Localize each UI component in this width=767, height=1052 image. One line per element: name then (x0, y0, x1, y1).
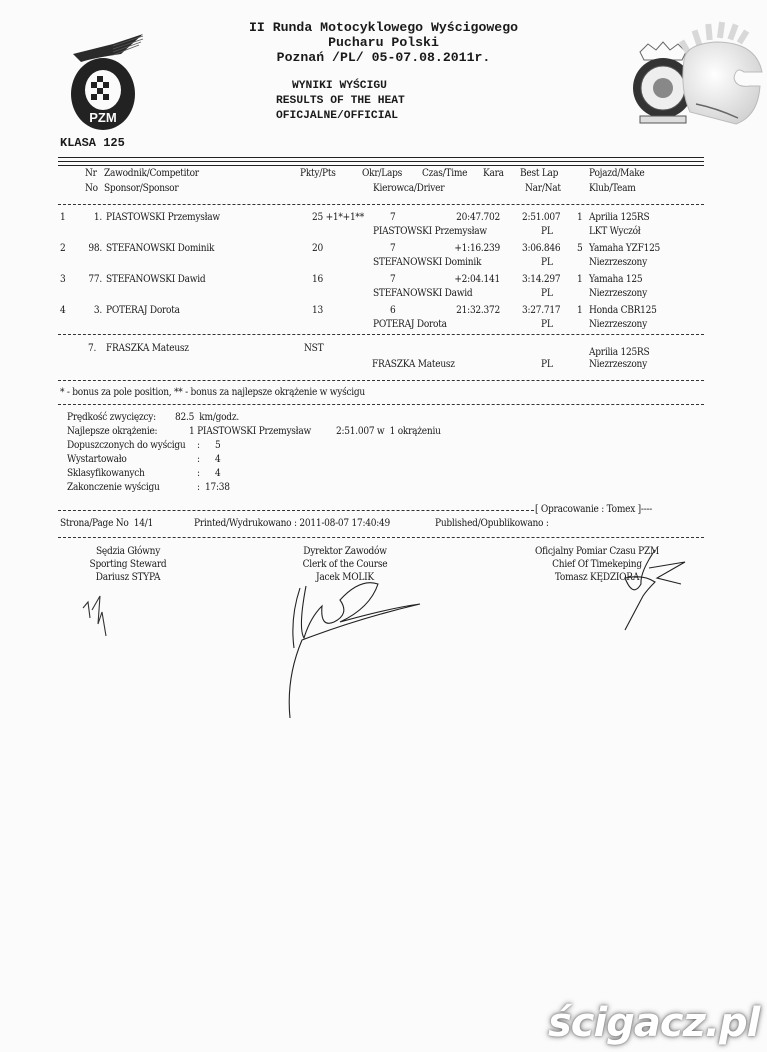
cell-make: Aprilia 125RS (589, 346, 649, 358)
cell-best-lap: 3:14.297 (522, 273, 560, 285)
col-best-lap: Best Lap (520, 167, 558, 179)
cell-pos: 3 (60, 273, 65, 285)
best-lap-rider: 1 PIASTOWSKI Przemysław (189, 425, 311, 437)
colon: : (197, 481, 200, 493)
col-make: Pojazd/Make (589, 167, 645, 179)
cell-best-lap-no: 1 (577, 304, 582, 316)
col-points: Pkty/Pts (300, 167, 336, 179)
watermark-logo: ścigacz.pl (548, 1000, 759, 1046)
cell-time: 20:47.702 (424, 211, 500, 223)
cell-best-lap: 3:06.846 (522, 242, 560, 254)
cell-rider-name: POTERAJ Dorota (106, 304, 180, 316)
dashed-rule (58, 380, 704, 381)
cell-rider-name: STEFANOWSKI Dominik (106, 242, 214, 254)
cell-team: Niezrzeszony (589, 318, 647, 330)
col-nat: Nar/Nat (525, 182, 561, 194)
cell-pos: 1 (60, 211, 65, 223)
printed-timestamp: Printed/Wydrukowano : 2011-08-07 17:40:4… (194, 517, 390, 529)
winner-speed-label: Prędkość zwycięzcy: (67, 411, 156, 423)
class-label: KLASA 125 (60, 136, 125, 150)
cell-no: 7. (88, 342, 96, 354)
cell-make: Yamaha YZF125 (589, 242, 660, 254)
signature-line: Sporting Steward (38, 558, 219, 570)
footnote: * - bonus za pole position, ** - bonus z… (60, 386, 365, 398)
cell-best-lap-no: 1 (577, 211, 582, 223)
cell-driver: PIASTOWSKI Przemysław (373, 225, 487, 237)
cell-best-lap: 3:27.717 (522, 304, 560, 316)
subtitle-results-en: RESULTS OF THE HEAT (276, 95, 405, 107)
dashed-rule (58, 510, 534, 511)
subtitle-results-pl: WYNIKI WYŚCIGU (292, 80, 387, 92)
dashed-rule (58, 404, 704, 405)
col-nr: Nr (85, 167, 97, 179)
cell-no: 77. (74, 273, 102, 285)
cell-best-lap: 2:51.007 (522, 211, 560, 223)
signature-line: Clerk of the Course (255, 558, 436, 570)
col-driver: Kierowca/Driver (373, 182, 444, 194)
cell-pos: 4 (60, 304, 65, 316)
col-time: Czas/Time (422, 167, 467, 179)
cell-points: 20 (312, 242, 323, 254)
best-lap-label: Najlepsze okrążenie: (67, 425, 157, 437)
signature-line: Dariusz STYPA (38, 571, 219, 583)
dashed-rule (58, 334, 704, 335)
winner-speed-value: 82.5 km/godz. (175, 411, 239, 423)
cell-driver: POTERAJ Dorota (373, 318, 447, 330)
dashed-rule (58, 204, 704, 205)
cell-time: 21:32.372 (424, 304, 500, 316)
cell-nat: PL (541, 318, 553, 330)
best-lap-value: 2:51.007 w 1 okrążeniu (336, 425, 441, 437)
cell-rider-name: STEFANOWSKI Dawid (106, 273, 205, 285)
cell-rider-name: PIASTOWSKI Przemysław (106, 211, 220, 223)
cell-make: Aprilia 125RS (589, 211, 649, 223)
published-label: Published/Opublikowano : (435, 517, 549, 529)
cell-team: Niezrzeszony (589, 287, 647, 299)
cell-rider-name: FRASZKA Mateusz (106, 342, 189, 354)
cell-laps: 7 (390, 273, 395, 285)
col-no: No (85, 182, 98, 194)
cell-no: 3. (74, 304, 102, 316)
signature-steward (80, 590, 140, 640)
cell-nat: PL (541, 225, 553, 237)
cell-make: Honda CBR125 (589, 304, 657, 316)
signature-line: Dyrektor Zawodów (255, 545, 436, 557)
cell-laps: 7 (390, 211, 395, 223)
signature-timekeeping (585, 548, 695, 633)
cell-team: Niezrzeszony (589, 358, 647, 370)
double-rule (58, 161, 704, 166)
cell-status: NST (304, 342, 323, 354)
col-penalty: Kara (483, 167, 504, 179)
cell-team: Niezrzeszony (589, 256, 647, 268)
cell-laps: 7 (390, 242, 395, 254)
cell-no: 98. (74, 242, 102, 254)
colon: : (197, 439, 200, 451)
end-label: Zakonczenie wyścigu (67, 481, 160, 493)
prepared-by: [ Opracowanie : Tomex ]---- (535, 503, 652, 515)
event-title-line-3: Poznań /PL/ 05-07.08.2011r. (0, 50, 767, 65)
cell-best-lap-no: 5 (577, 242, 582, 254)
cell-best-lap-no: 1 (577, 273, 582, 285)
admitted-value: 5 (215, 439, 220, 451)
cell-driver: STEFANOWSKI Dawid (373, 287, 472, 299)
cell-no: 1. (74, 211, 102, 223)
cell-points: 16 (312, 273, 323, 285)
col-laps: Okr/Laps (362, 167, 402, 179)
col-sponsor: Sponsor/Sponsor (104, 182, 178, 194)
colon: : (197, 467, 200, 479)
page-number: Strona/Page No 14/1 (60, 517, 153, 529)
cell-time: +2:04.141 (424, 273, 500, 285)
svg-text:PZM: PZM (89, 110, 116, 125)
cell-laps: 6 (390, 304, 395, 316)
col-team: Klub/Team (589, 182, 636, 194)
event-title-line-2: Pucharu Polski (0, 35, 767, 50)
colon: : (197, 453, 200, 465)
cell-time: +1:16.239 (424, 242, 500, 254)
admitted-label: Dopuszczonych do wyścigu (67, 439, 185, 451)
cell-team: LKT Wyczół (589, 225, 640, 237)
cell-make: Yamaha 125 (589, 273, 642, 285)
classified-value: 4 (215, 467, 220, 479)
started-value: 4 (215, 453, 220, 465)
cell-nat: PL (541, 256, 553, 268)
cell-pos: 2 (60, 242, 65, 254)
dashed-rule (58, 537, 704, 538)
end-value: 17:38 (205, 481, 230, 493)
cell-driver: FRASZKA Mateusz (372, 358, 455, 370)
started-label: Wystartowało (67, 453, 127, 465)
event-title-line-1: II Runda Motocyklowego Wyścigowego (0, 20, 767, 35)
cell-points: 13 (312, 304, 323, 316)
cell-nat: PL (541, 358, 553, 370)
cell-driver: STEFANOWSKI Dominik (373, 256, 481, 268)
classified-label: Sklasyfikowanych (67, 467, 145, 479)
signature-clerk (280, 578, 440, 718)
subtitle-official: OFICJALNE/OFFICIAL (276, 110, 398, 122)
cell-points: 25 +1*+1** (312, 211, 364, 223)
cell-nat: PL (541, 287, 553, 299)
signature-line: Sędzia Główny (38, 545, 219, 557)
col-competitor: Zawodnik/Competitor (104, 167, 199, 179)
